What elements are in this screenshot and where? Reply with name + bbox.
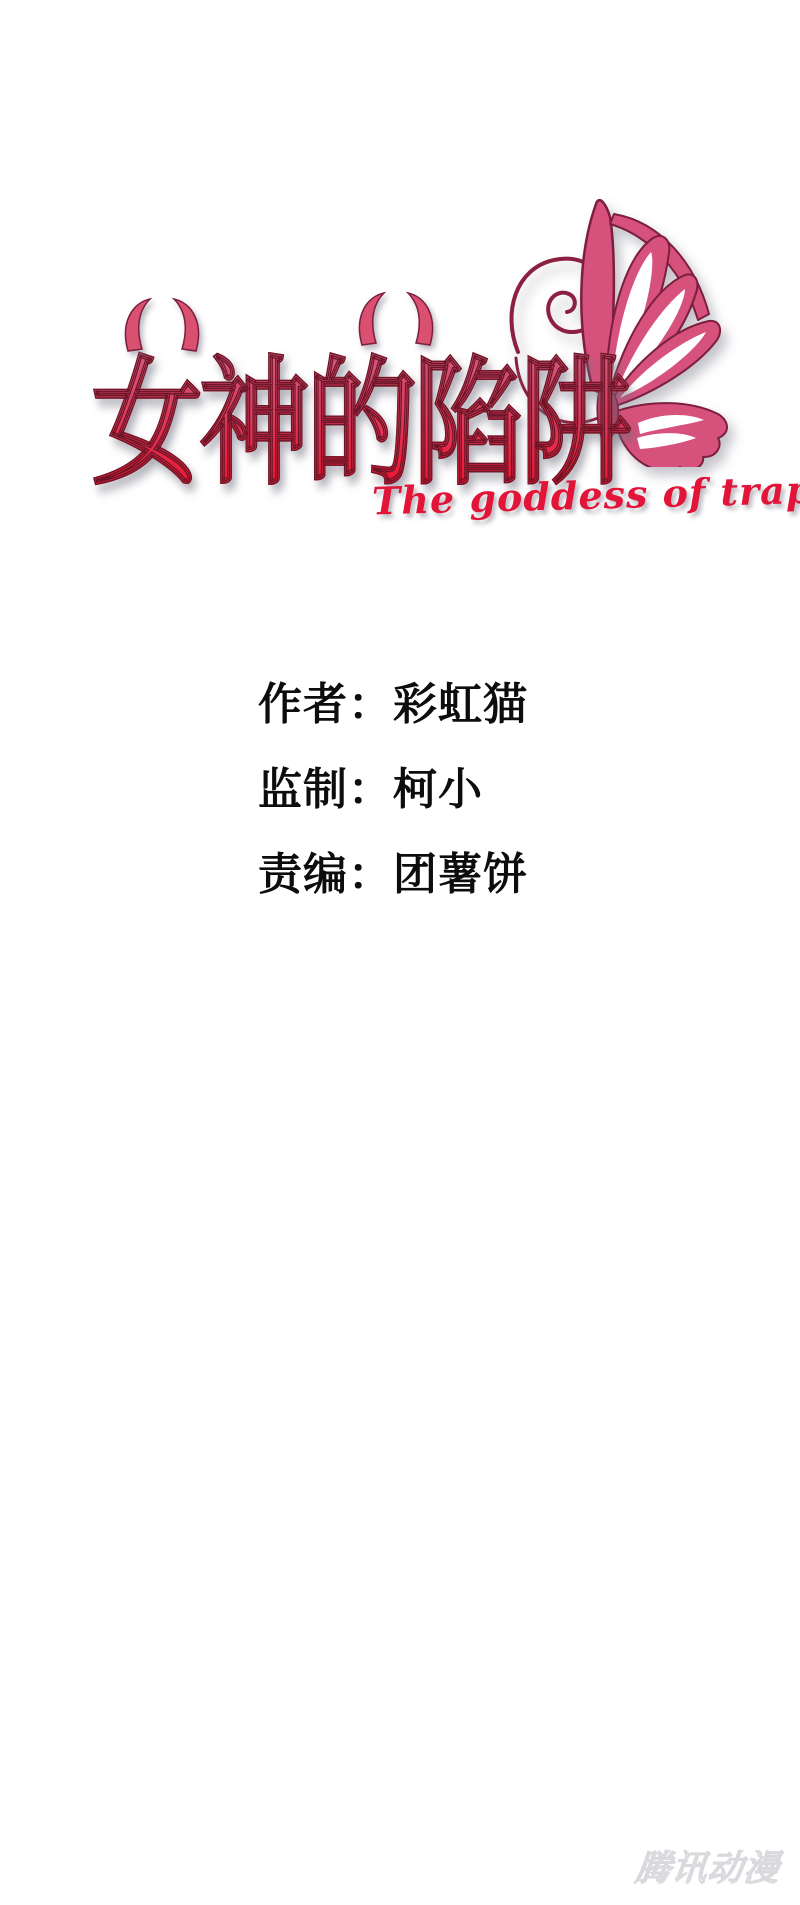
- comic-title-page: 女神的陷阱 The goddess of trap 作者：彩虹猫 监制：柯小 责…: [0, 0, 800, 1905]
- credit-editor: 责编：团薯饼: [258, 832, 528, 917]
- credit-supervisor: 监制：柯小: [258, 747, 528, 832]
- credits-block: 作者：彩虹猫 监制：柯小 责编：团薯饼: [258, 662, 528, 917]
- series-subtitle-english: The goddess of trap: [371, 470, 712, 524]
- devil-horns-icon: [118, 297, 206, 353]
- tencent-comics-watermark: 腾讯动漫: [633, 1841, 782, 1891]
- devil-horns-icon: [352, 291, 440, 347]
- credit-author: 作者：彩虹猫: [258, 662, 528, 747]
